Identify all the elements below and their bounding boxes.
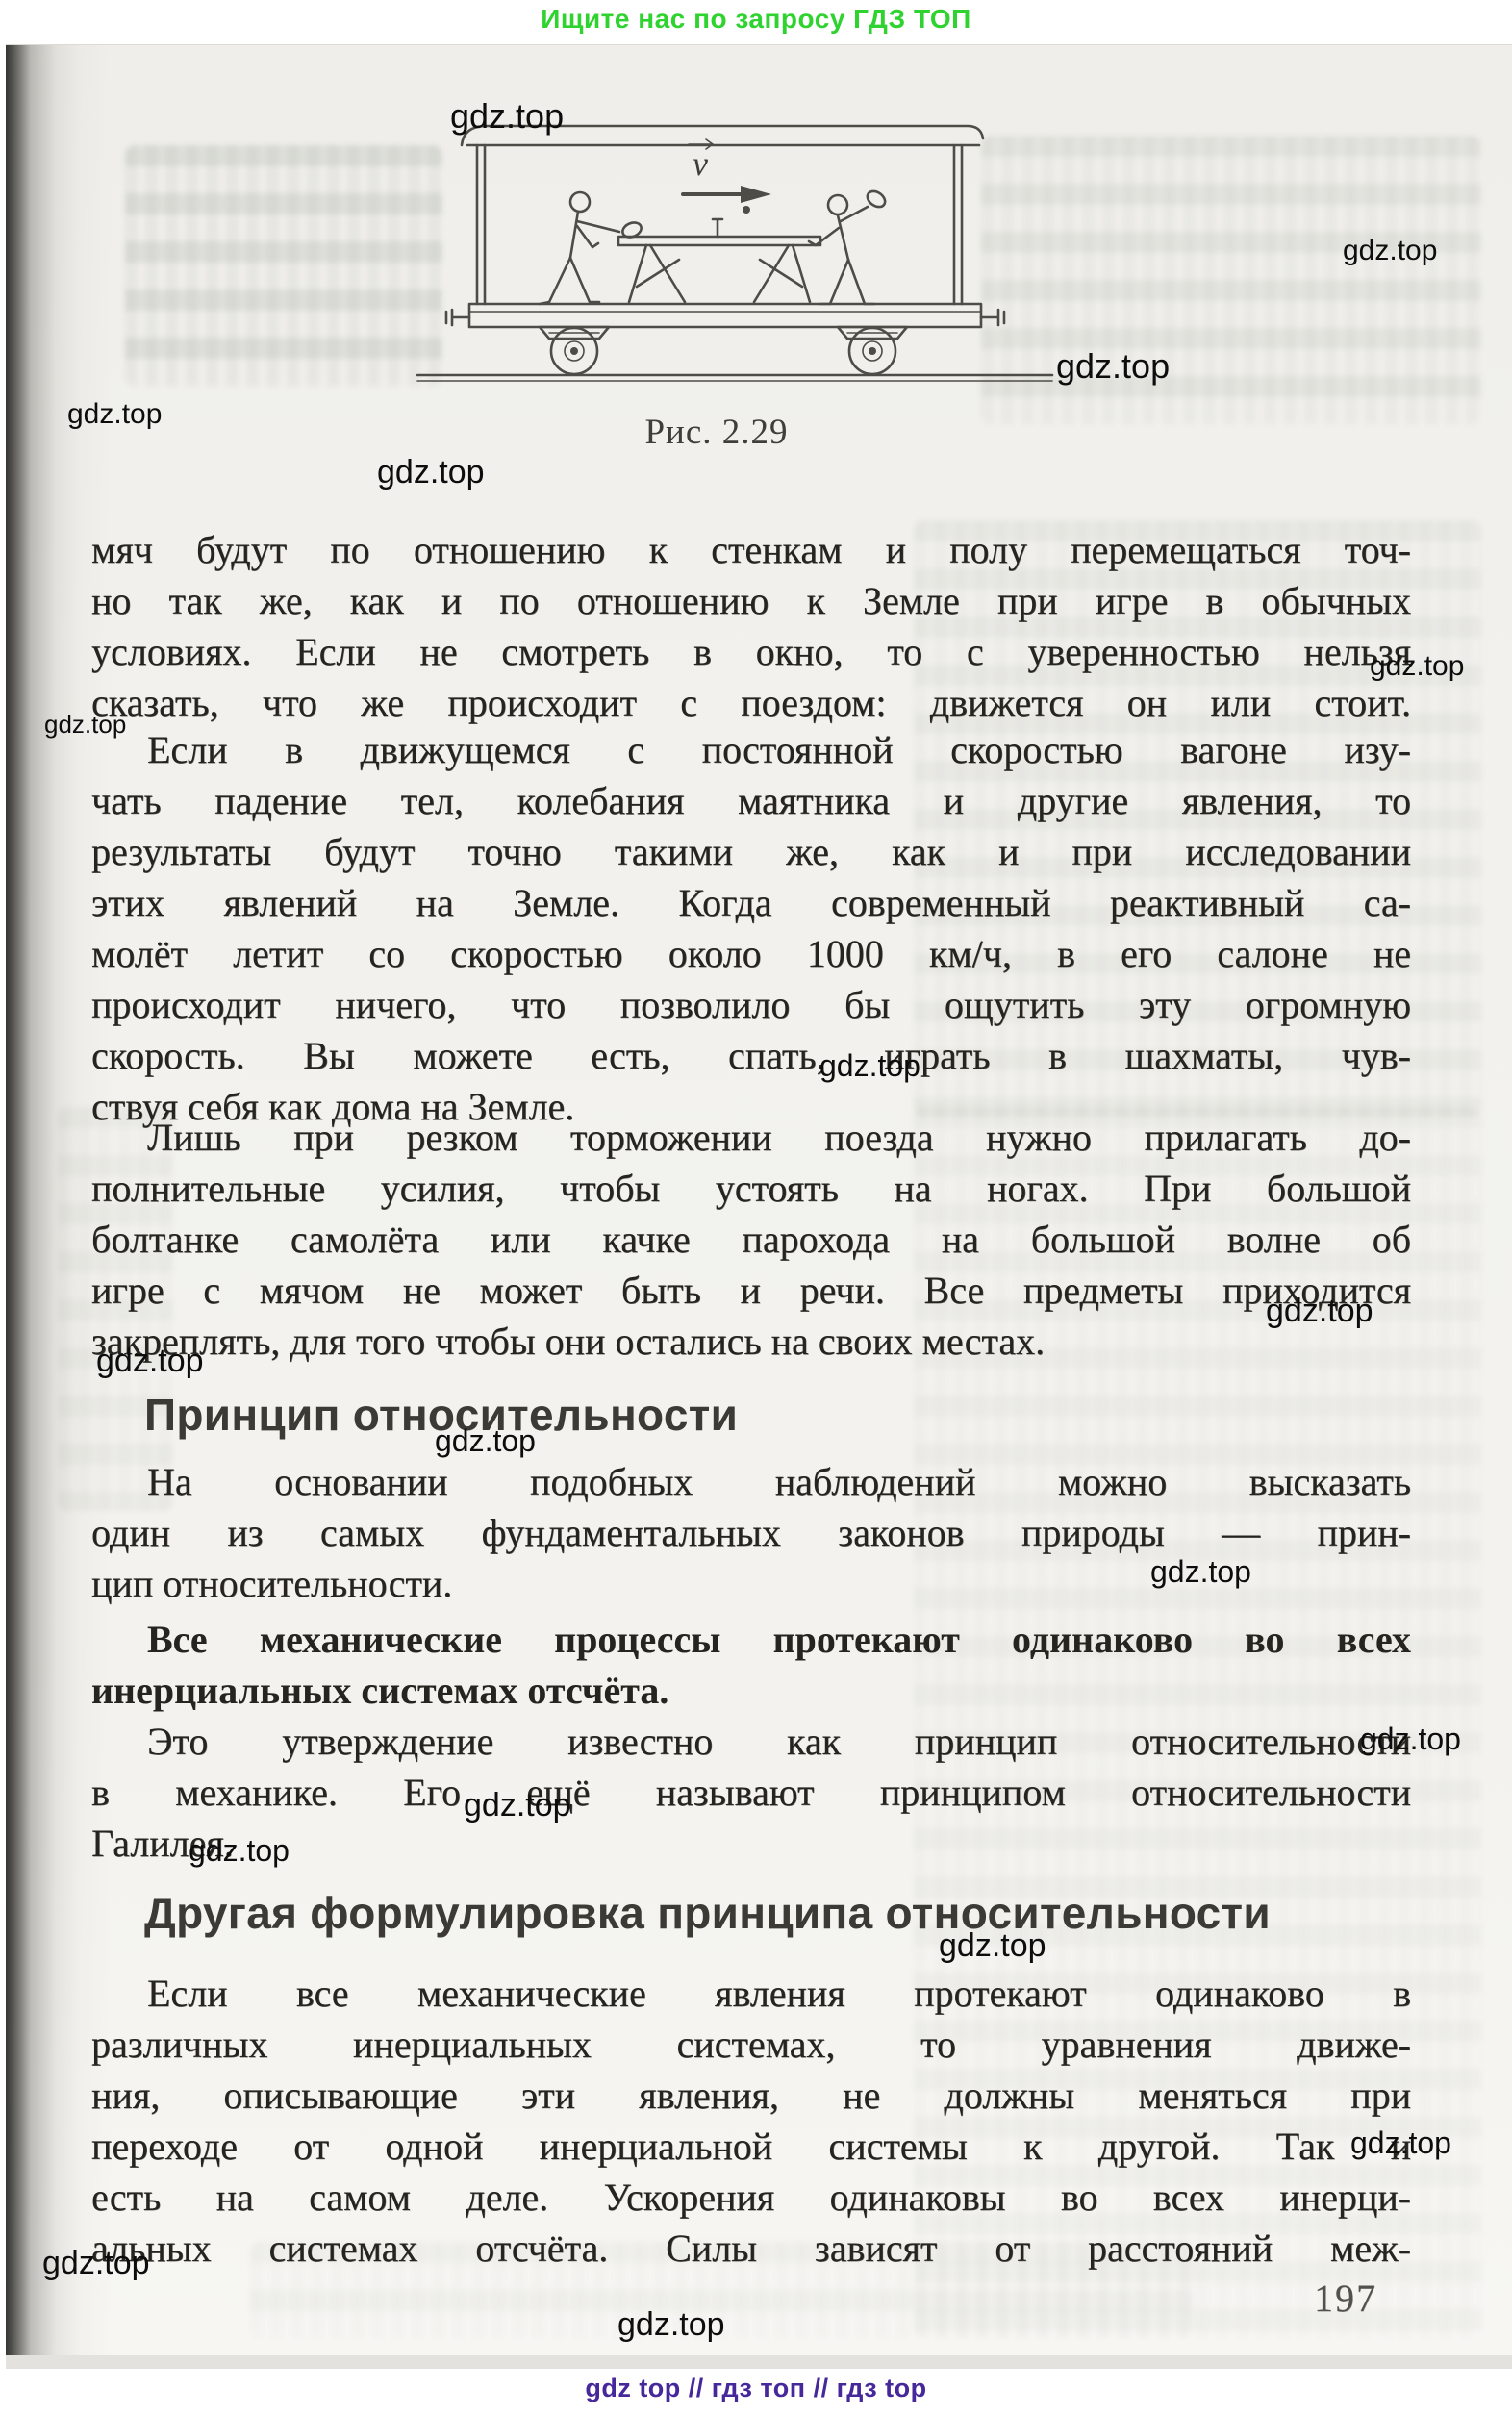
car-right-post <box>954 145 962 304</box>
text-line: в механике. Его ещё называют принципом о… <box>91 1767 1411 1818</box>
ping-pong-ball <box>743 206 750 214</box>
text-line: этих явлений на Земле. Когда современный… <box>91 877 1411 928</box>
text-line: условиях. Если не смотреть в окно, то с … <box>91 626 1411 677</box>
page-number: 197 <box>1270 2276 1377 2321</box>
law-statement: Все механические процессы протекают один… <box>91 1614 1411 1716</box>
gdztop-watermark: gdz.top <box>44 710 126 740</box>
gdztop-watermark: gdz.top <box>96 1343 204 1380</box>
left-buffer <box>446 310 469 325</box>
text-line: скорость. Вы можете есть, спать, играть … <box>91 1030 1411 1081</box>
car-platform <box>469 304 981 327</box>
gdztop-watermark: gdz.top <box>1056 346 1170 387</box>
text-line: результаты будут точно такими же, как и … <box>91 826 1411 877</box>
figure-caption: Рис. 2.29 <box>572 412 861 453</box>
gdztop-watermark: gdz.top <box>1150 1554 1251 1590</box>
text-line: Это утверждение известно как принцип отн… <box>91 1716 1411 1767</box>
text-line: закреплять, для того чтобы они остались … <box>91 1316 1411 1367</box>
text-line: ния, описывающие эти явления, не должны … <box>91 2070 1411 2121</box>
right-bogie <box>838 327 907 374</box>
text-line: Если все механические явления протекают … <box>91 1968 1411 2019</box>
paragraph: Если в движущемся с постоянной скоростью… <box>91 724 1411 1132</box>
text-line: На основании подобных наблюдений можно в… <box>91 1456 1411 1507</box>
paragraph: Если все механические явления протекают … <box>91 1968 1411 2274</box>
bleed-through-texture <box>125 145 442 386</box>
text-line: Все механические процессы протекают один… <box>91 1614 1411 1665</box>
text-line: происходит ничего, что позволило бы ощут… <box>91 979 1411 1030</box>
text-line: чать падение тел, колебания маятника и д… <box>91 775 1411 826</box>
right-buffer <box>981 310 1004 325</box>
text-line: мяч будут по отношению к стенкам и полу … <box>91 524 1411 575</box>
car-left-post <box>477 145 485 304</box>
text-line: полнительные усилия, чтобы устоять на но… <box>91 1163 1411 1214</box>
text-line: один из самых фундаментальных законов пр… <box>91 1507 1411 1558</box>
text-line: Если в движущемся с постоянной скоростью… <box>91 724 1411 775</box>
gdztop-watermark: gdz.top <box>1370 650 1464 683</box>
text-line: сказать, что же происходит с поездом: дв… <box>91 677 1411 728</box>
left-bogie <box>540 327 609 374</box>
text-line: молёт летит со скоростью около 1000 км/ч… <box>91 928 1411 979</box>
text-line: есть на самом деле. Ускорения одинаковы … <box>91 2172 1411 2223</box>
gdztop-watermark: gdz.top <box>435 1423 536 1459</box>
promo-banner: Ищите нас по запросу ГДЗ ТОП <box>0 4 1512 35</box>
gdztop-watermark: gdz.top <box>377 454 485 491</box>
gdztop-watermark: gdz.top <box>1343 235 1437 267</box>
text-line: игре с мячом не может быть и речи. Все п… <box>91 1265 1411 1316</box>
gdztop-watermark: gdz.top <box>67 398 162 431</box>
gdztop-watermark: gdz.top <box>939 1927 1046 1965</box>
gdztop-watermark: gdz.top <box>450 96 564 137</box>
gdztop-watermark: gdz.top <box>617 2306 725 2344</box>
text-line: Лишь при резком торможении поезда нужно … <box>91 1112 1411 1163</box>
scanned-textbook-page: Ищите нас по запросу ГДЗ ТОП <box>0 0 1512 2415</box>
gdztop-watermark: gdz.top <box>1266 1293 1373 1330</box>
text-line: болтанке самолёта или качке парохода на … <box>91 1214 1411 1265</box>
gdztop-watermark: gdz.top <box>1350 2126 1451 2161</box>
paragraph: Лишь при резком торможении поезда нужно … <box>91 1112 1411 1367</box>
gdztop-watermark: gdz.top <box>1360 1722 1461 1757</box>
text-line: переходе от одной инерциальной системы к… <box>91 2121 1411 2172</box>
gdztop-watermark: gdz.top <box>819 1048 920 1084</box>
gdztop-watermark: gdz.top <box>189 1833 290 1869</box>
paragraph: мяч будут по отношению к стенкам и полу … <box>91 524 1411 728</box>
section-heading-alternative-formulation: Другая формулировка принципа относительн… <box>144 1887 1271 1939</box>
gdztop-watermark: gdz.top <box>42 2245 150 2282</box>
page-bottom-edge <box>6 2355 1512 2369</box>
table-net <box>713 219 722 237</box>
velocity-label: v <box>693 144 708 183</box>
text-line: инерциальных системах отсчёта. <box>91 1665 1411 1716</box>
footer-site-links: gdz top // гдз топ // гдз top <box>0 2374 1512 2403</box>
table-tennis-table <box>618 219 820 302</box>
gdztop-watermark: gdz.top <box>464 1787 571 1824</box>
text-line: альных системах отсчёта. Силы зависят от… <box>91 2223 1411 2274</box>
text-line: различных инерциальных системах, то урав… <box>91 2019 1411 2070</box>
velocity-vector: v <box>683 139 771 203</box>
figure-flatcar-illustration: v <box>404 113 1058 392</box>
text-line: но так же, как и по отношению к Земле пр… <box>91 575 1411 626</box>
left-player <box>540 192 643 304</box>
